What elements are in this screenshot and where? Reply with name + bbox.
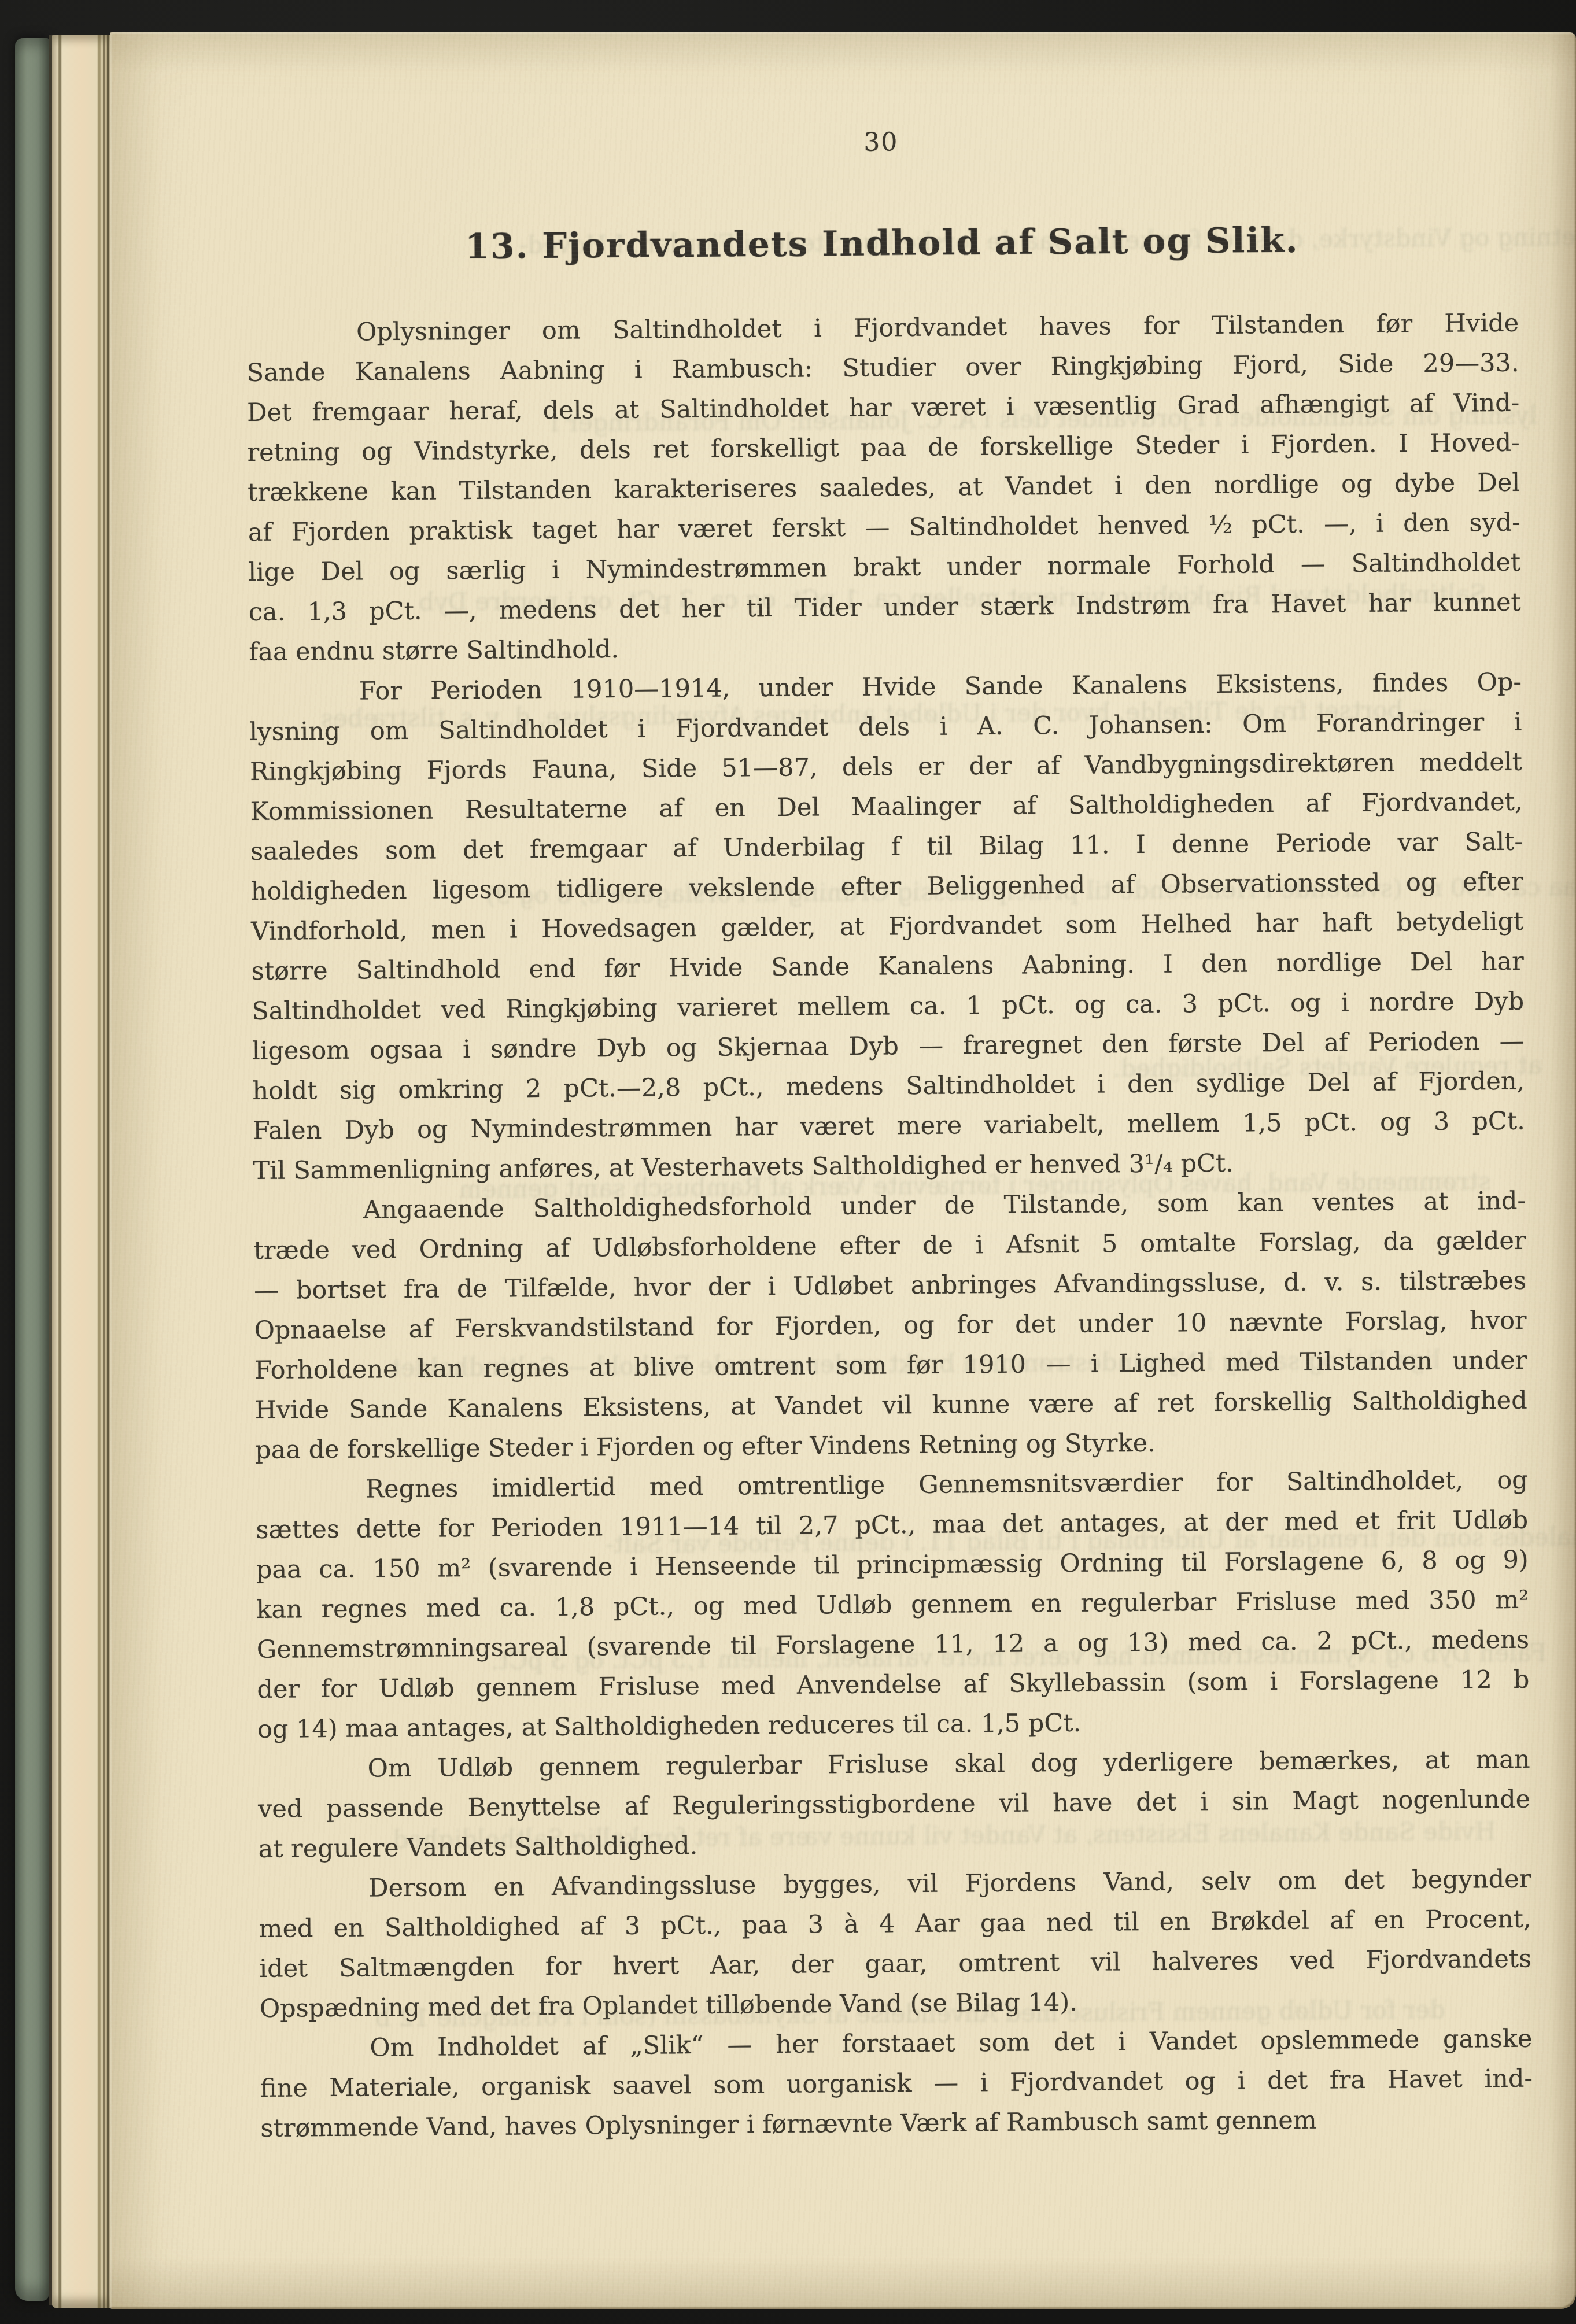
paragraph: For Perioden 1910—1914, under Hvide Sand… (249, 663, 1526, 1191)
page-number: 30 (245, 123, 1517, 162)
paragraph: Om Udløb gennem regulerbar Frisluse skal… (257, 1740, 1531, 1869)
paragraph: Regnes imidlertid med omtrentlige Gennem… (256, 1461, 1530, 1750)
paragraph: Oplysninger om Saltindholdet i Fjordvand… (246, 304, 1522, 673)
scanned-book-page: retning og Vindstyrke, dels ret forskell… (0, 0, 1576, 2324)
section-heading: 13. Fjordvandets Indhold af Salt og Slik… (246, 218, 1518, 269)
text-block: Oplysninger om Saltindholdet i Fjordvand… (246, 304, 1533, 2149)
page: retning og Vindstyrke, dels ret forskell… (110, 32, 1576, 2309)
book-cover-edge (15, 38, 49, 2301)
paragraph: Dersom en Afvandingssluse bygges, vil Fj… (259, 1860, 1532, 2029)
paragraph: Angaaende Saltholdighedsforhold under de… (253, 1181, 1528, 1470)
paragraph: Om Indholdet af „Slik“ — her forstaaet s… (260, 2019, 1533, 2149)
page-content: retning og Vindstyrke, dels ret forskell… (102, 27, 1576, 2315)
page-edge-stack (52, 35, 110, 2308)
